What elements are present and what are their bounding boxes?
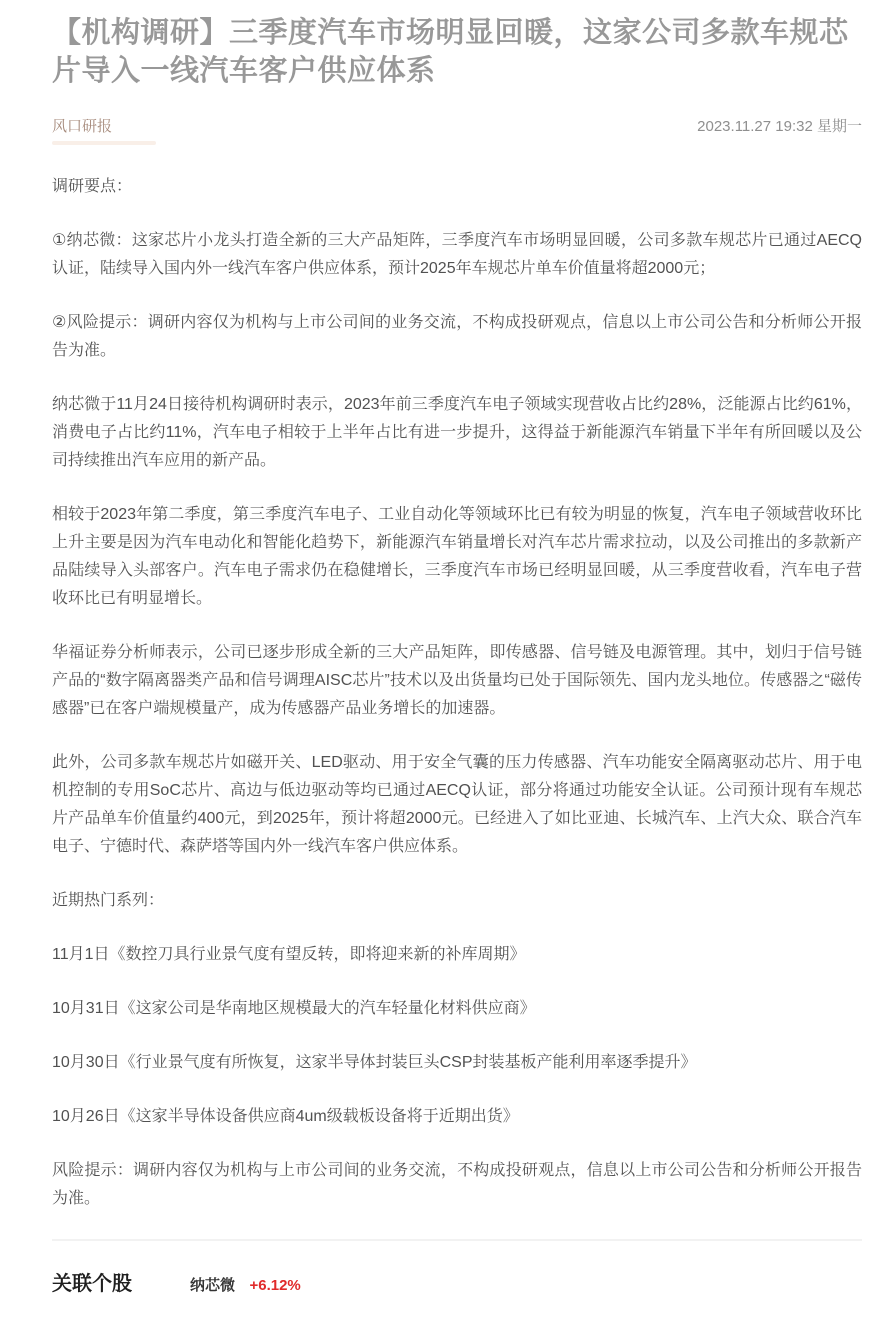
paragraph-body-4: 此外，公司多款车规芯片如磁开关、LED驱动、用于安全气囊的压力传感器、汽车功能安… — [52, 749, 862, 861]
series-item-oct-30: 10月30日《行业景气度有所恢复，这家半导体封装巨头CSP封装基板产能利用率逐季… — [52, 1049, 862, 1077]
source-underline — [52, 141, 156, 145]
related-stocks-title: 关联个股 — [52, 1267, 132, 1296]
paragraph-point-2-risk: ②风险提示：调研内容仅为机构与上市公司间的业务交流，不构成投研观点，信息以上市公… — [52, 309, 862, 365]
stock-name: 纳芯微 — [190, 1277, 235, 1294]
paragraph-body-1: 纳芯微于11月24日接待机构调研时表示，2023年前三季度汽车电子领域实现营收占… — [52, 391, 862, 475]
source-tag[interactable]: 风口研报 — [52, 118, 156, 145]
series-item-nov-1: 11月1日《数控刀具行业景气度有望反转，即将迎来新的补库周期》 — [52, 941, 862, 969]
stock-change-badge: +6.12% — [249, 1277, 300, 1294]
related-stock-link[interactable]: 纳芯微 +6.12% — [190, 1274, 301, 1295]
article-meta: 风口研报 2023.11.27 19:32 星期一 — [52, 118, 862, 145]
publish-time: 2023.11.27 19:32 星期一 — [697, 118, 862, 136]
paragraph-summary-heading: 调研要点： — [52, 173, 862, 201]
paragraph-series-heading: 近期热门系列： — [52, 887, 862, 915]
series-item-oct-31: 10月31日《这家公司是华南地区规模最大的汽车轻量化材料供应商》 — [52, 995, 862, 1023]
paragraph-body-2: 相较于2023年第二季度，第三季度汽车电子、工业自动化等领域环比已有较为明显的恢… — [52, 501, 862, 613]
paragraph-point-1: ①纳芯微：这家芯片小龙头打造全新的三大产品矩阵，三季度汽车市场明显回暖，公司多款… — [52, 227, 862, 283]
related-stocks-section: 关联个股 纳芯微 +6.12% — [52, 1239, 862, 1296]
article-body: 调研要点： ①纳芯微：这家芯片小龙头打造全新的三大产品矩阵，三季度汽车市场明显回… — [52, 173, 862, 1213]
series-item-oct-26: 10月26日《这家半导体设备供应商4um级载板设备将于近期出货》 — [52, 1103, 862, 1131]
page-title: 【机构调研】三季度汽车市场明显回暖，这家公司多款车规芯片导入一线汽车客户供应体系 — [52, 14, 862, 90]
article-page: 【机构调研】三季度汽车市场明显回暖，这家公司多款车规芯片导入一线汽车客户供应体系… — [0, 0, 884, 1326]
related-stocks-row: 关联个股 纳芯微 +6.12% — [52, 1267, 862, 1296]
source-label: 风口研报 — [52, 118, 112, 135]
paragraph-body-3: 华福证券分析师表示，公司已逐步形成全新的三大产品矩阵，即传感器、信号链及电源管理… — [52, 639, 862, 723]
